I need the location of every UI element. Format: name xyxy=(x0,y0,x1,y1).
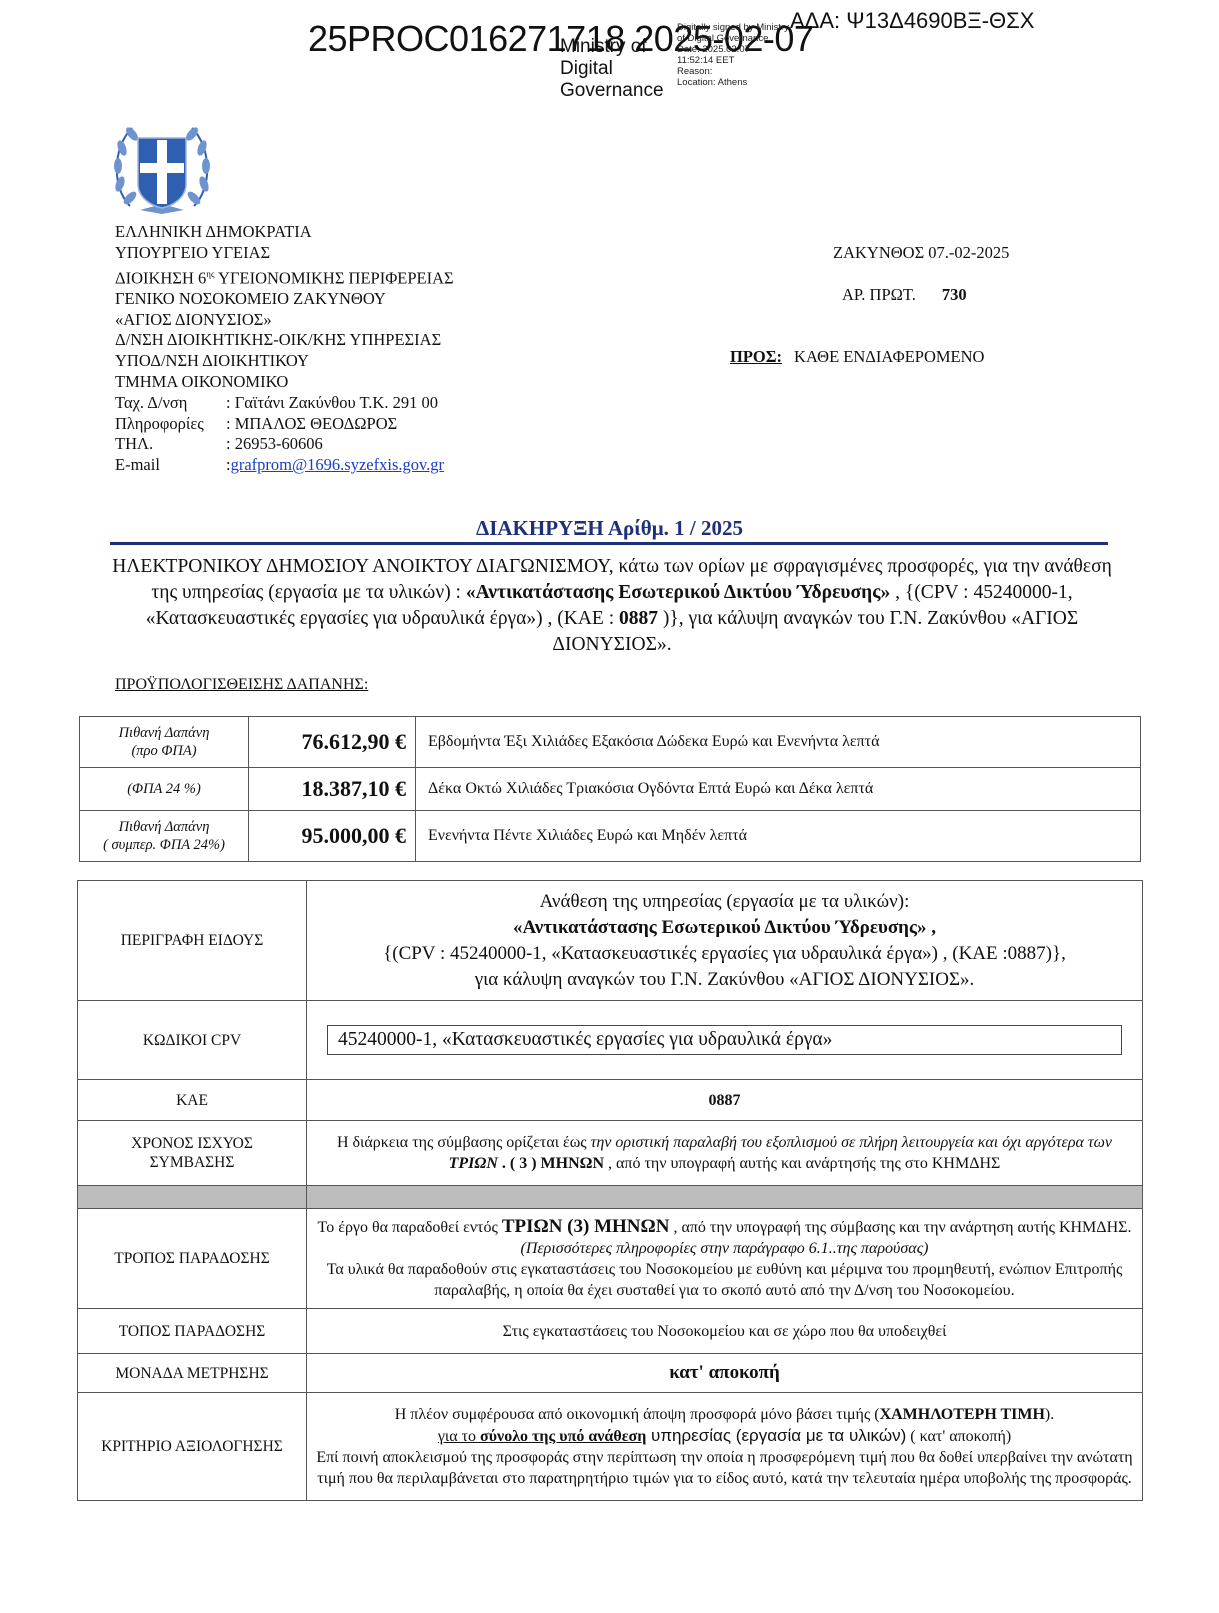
contact-info: Πληροφορίες: ΜΠΑΛΟΣ ΘΕΟΔΩΡΟΣ xyxy=(115,414,454,435)
contact-phone: ΤΗΛ.: 26953-60606 xyxy=(115,434,454,455)
sender-line: ΥΠΟΥΡΓΕΙΟ ΥΓΕΙΑΣ xyxy=(115,243,454,264)
intro-paragraph: ΗΛΕΚΤΡΟΝΙΚΟΥ ΔΗΜΟΣΙΟΥ ΑΝΟΙΚΤΟΥ ΔΙΑΓΩΝΙΣΜ… xyxy=(112,554,1112,658)
row-label: ΤΟΠΟΣ ΠΑΡΑΔΟΣΗΣ xyxy=(78,1309,307,1354)
signature-ministry: Ministry of Digital Governance xyxy=(560,36,664,102)
protocol-number: ΑΡ. ΠΡΩΤ.730 xyxy=(842,285,967,305)
details-table: ΠΕΡΙΓΡΑΦΗ ΕΙΔΟΥΣ Ανάθεση της υπηρεσίας (… xyxy=(77,880,1143,1501)
budget-words: Ενενήντα Πέντε Χιλιάδες Ευρώ και Μηδέν λ… xyxy=(416,811,1141,862)
table-row: ΧΡΟΝΟΣ ΙΣΧΥΟΣΣΥΜΒΑΣΗΣ Η διάρκεια της σύμ… xyxy=(78,1121,1143,1186)
budget-amount: 76.612,90 € xyxy=(249,717,416,768)
table-row: Πιθανή Δαπάνη(προ ΦΠΑ) 76.612,90 € Εβδομ… xyxy=(80,717,1141,768)
row-label: ΚΩΔΙΚΟΙ CPV xyxy=(78,1001,307,1080)
table-row: ΚΡΙΤΗΡΙΟ ΑΞΙΟΛΟΓΗΣΗΣ Η πλέον συμφέρουσα … xyxy=(78,1393,1143,1501)
separator-row xyxy=(78,1186,1143,1209)
title-divider xyxy=(110,542,1108,545)
unit-value: κατ' αποκοπή xyxy=(307,1354,1143,1393)
email-link[interactable]: grafprom@1696.syzefxis.gov.gr xyxy=(231,455,444,476)
row-label: ΜΟΝΑΔΑ ΜΕΤΡΗΣΗΣ xyxy=(78,1354,307,1393)
sender-line: ΥΠΟΔ/ΝΣΗ ΔΙΟΙΚΗΤΙΚΟΥ xyxy=(115,351,454,372)
table-row: ΚΩΔΙΚΟΙ CPV 45240000-1, «Κατασκευαστικές… xyxy=(78,1001,1143,1080)
place-date: ΖΑΚΥΝΘΟΣ 07.-02-2025 xyxy=(833,243,1009,263)
recipient: ΠΡΟΣ:ΚΑΘΕ ΕΝΔΙΑΦΕΡΟΜΕΝΟ xyxy=(730,347,984,367)
table-row: ΤΡΟΠΟΣ ΠΑΡΑΔΟΣΗΣ Το έργο θα παραδοθεί εν… xyxy=(78,1209,1143,1309)
budget-label: (ΦΠΑ 24 %) xyxy=(80,768,249,811)
table-row: Πιθανή Δαπάνη( συμπερ. ΦΠΑ 24%) 95.000,0… xyxy=(80,811,1141,862)
sender-line: «ΑΓΙΟΣ ΔΙΟΝΥΣΙΟΣ» xyxy=(115,310,454,331)
budget-words: Εβδομήντα Έξι Χιλιάδες Εξακόσια Δώδεκα Ε… xyxy=(416,717,1141,768)
place-value: Στις εγκαταστάσεις του Νοσοκομείου και σ… xyxy=(307,1309,1143,1354)
cpv-code-box: 45240000-1, «Κατασκευαστικές εργασίες γι… xyxy=(327,1025,1122,1055)
signer-line: Governance xyxy=(560,80,664,102)
budget-table: Πιθανή Δαπάνη(προ ΦΠΑ) 76.612,90 € Εβδομ… xyxy=(79,716,1141,862)
budget-amount: 18.387,10 € xyxy=(249,768,416,811)
signer-line: Ministry of xyxy=(560,36,664,58)
signature-detail: Date: 2025.02.07 xyxy=(677,44,789,55)
signature-detail: of Digital Governance xyxy=(677,33,789,44)
description-value: Ανάθεση της υπηρεσίας (εργασία με τα υλι… xyxy=(307,881,1143,1001)
table-row: ΤΟΠΟΣ ΠΑΡΑΔΟΣΗΣ Στις εγκαταστάσεις του Ν… xyxy=(78,1309,1143,1354)
budget-heading: ΠΡΟΫΠΟΛΟΓΙΣΘΕΙΣΗΣ ΔΑΠΑΝΗΣ: xyxy=(115,676,368,694)
kae-value: 0887 xyxy=(307,1080,1143,1121)
table-row: ΜΟΝΑΔΑ ΜΕΤΡΗΣΗΣ κατ' αποκοπή xyxy=(78,1354,1143,1393)
table-row: (ΦΠΑ 24 %) 18.387,10 € Δέκα Οκτώ Χιλιάδε… xyxy=(80,768,1141,811)
signature-details: Digitally signed by Ministry of Digital … xyxy=(677,22,789,88)
signature-detail: Reason: xyxy=(677,66,789,77)
sender-line: Δ/ΝΣΗ ΔΙΟΙΚΗΤΙΚΗΣ-ΟΙΚ/ΚΗΣ ΥΠΗΡΕΣΙΑΣ xyxy=(115,330,454,351)
budget-label: Πιθανή Δαπάνη(προ ΦΠΑ) xyxy=(80,717,249,768)
signature-detail: 11:52:14 EET xyxy=(677,55,789,66)
signature-detail: Digitally signed by Ministry xyxy=(677,22,789,33)
sender-line: ΕΛΛΗΝΙΚΗ ΔΗΜΟΚΡΑΤΙΑ xyxy=(115,222,454,243)
row-label: ΧΡΟΝΟΣ ΙΣΧΥΟΣΣΥΜΒΑΣΗΣ xyxy=(78,1121,307,1186)
document-title: ΔΙΑΚΗΡΥΞΗ Αρίθμ. 1 / 2025 xyxy=(0,516,1219,541)
delivery-value: Το έργο θα παραδοθεί εντός ΤΡΙΩΝ (3) ΜΗΝ… xyxy=(307,1209,1143,1309)
sender-line: ΓΕΝΙΚΟ ΝΟΣΟΚΟΜΕΙΟ ΖΑΚΥΝΘΟΥ xyxy=(115,289,454,310)
criterion-value: Η πλέον συμφέρουσα από οικονομική άποψη … xyxy=(307,1393,1143,1501)
contact-address: Ταχ. Δ/νση: Γαϊτάνι Ζακύνθου Τ.Κ. 291 00 xyxy=(115,393,454,414)
signature-detail: Location: Athens xyxy=(677,77,789,88)
row-label: ΠΕΡΙΓΡΑΦΗ ΕΙΔΟΥΣ xyxy=(78,881,307,1001)
signer-line: Digital xyxy=(560,58,664,80)
sender-line: ΤΜΗΜΑ ΟΙΚΟΝΟΜΙΚΟ xyxy=(115,372,454,393)
row-label: ΚΑΕ xyxy=(78,1080,307,1121)
sender-line: ΔΙΟΙΚΗΣΗ 6ης ΥΓΕΙΟΝΟΜΙΚΗΣ ΠΕΡΙΦΕΡΕΙΑΣ xyxy=(115,264,454,289)
row-label: ΚΡΙΤΗΡΙΟ ΑΞΙΟΛΟΓΗΣΗΣ xyxy=(78,1393,307,1501)
row-label: ΤΡΟΠΟΣ ΠΑΡΑΔΟΣΗΣ xyxy=(78,1209,307,1309)
budget-amount: 95.000,00 € xyxy=(249,811,416,862)
sender-block: ΕΛΛΗΝΙΚΗ ΔΗΜΟΚΡΑΤΙΑ ΥΠΟΥΡΓΕΙΟ ΥΓΕΙΑΣ ΔΙΟ… xyxy=(115,222,454,476)
ada-code: ΑΔΑ: Ψ13Δ4690ΒΞ-ΘΣΧ xyxy=(790,8,1034,34)
table-row: ΠΕΡΙΓΡΑΦΗ ΕΙΔΟΥΣ Ανάθεση της υπηρεσίας (… xyxy=(78,881,1143,1001)
budget-words: Δέκα Οκτώ Χιλιάδες Τριακόσια Ογδόντα Επτ… xyxy=(416,768,1141,811)
table-row: ΚΑΕ 0887 xyxy=(78,1080,1143,1121)
contact-email: E-mail: grafprom@1696.syzefxis.gov.gr xyxy=(115,455,454,476)
duration-value: Η διάρκεια της σύμβασης ορίζεται έως την… xyxy=(307,1121,1143,1186)
budget-label: Πιθανή Δαπάνη( συμπερ. ΦΠΑ 24%) xyxy=(80,811,249,862)
greek-coat-of-arms-icon xyxy=(110,118,214,218)
